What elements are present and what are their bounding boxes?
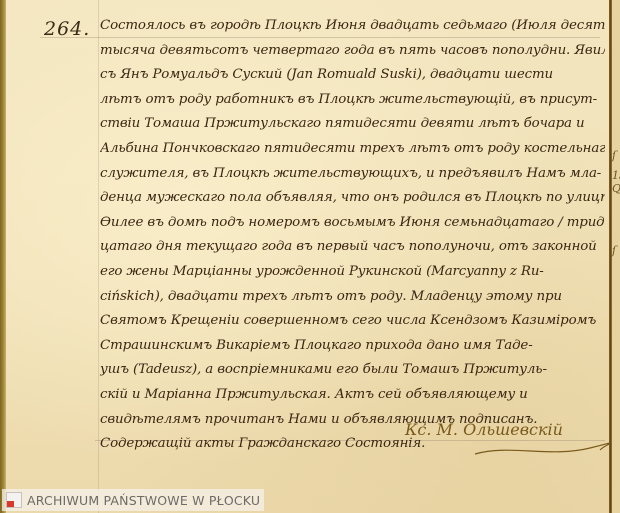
- record-line: Страшинскимъ Викаріемъ Плоцкаго прихода …: [100, 334, 605, 359]
- record-line: тысяча девятьсотъ четвертаго года въ пят…: [100, 39, 605, 64]
- record-line: Святомъ Крещеніи совершенномъ сего числа…: [100, 309, 605, 334]
- entry-number: 264.: [44, 18, 90, 40]
- record-line: ушъ (Tadeusz), а воспріемниками его были…: [100, 358, 605, 383]
- archive-logo-icon: [6, 492, 22, 508]
- record-text: Состоялось въ городѣ Плоцкѣ Июня двадцат…: [100, 14, 605, 457]
- margin-mark: ſ: [612, 150, 616, 161]
- record-line: cińskich), двадцати трехъ лѣтъ отъ роду.…: [100, 285, 605, 310]
- margin-mark: 13: [612, 170, 620, 181]
- record-line: его жены Марціанны урожденной Рукинской …: [100, 260, 605, 285]
- record-line: скій и Маріанна Пржитульская. Актъ сей о…: [100, 383, 605, 408]
- margin-ruled-line: [98, 0, 99, 513]
- document-scan: 264. Состоялось въ городѣ Плоцкѣ Июня дв…: [0, 0, 620, 513]
- record-line: цатаго дня текущаго года въ первый часъ …: [100, 235, 605, 260]
- signature: Кс. М. Ольшевскій: [405, 420, 563, 439]
- record-line: Альбина Пончковскаго пятидесяти трехъ лѣ…: [100, 137, 605, 162]
- record-line: съ Янъ Ромуальдъ Суский (Jan Romuald Sus…: [100, 63, 605, 88]
- archive-watermark: ARCHIWUM PAŃSTWOWE W PŁOCKU: [2, 489, 264, 511]
- record-line: служителя, въ Плоцкѣ жительствующихъ, и …: [100, 162, 605, 187]
- record-line: Состоялось въ городѣ Плоцкѣ Июня двадцат…: [100, 14, 605, 39]
- record-line: лѣтъ отъ роду работникъ въ Плоцкѣ житель…: [100, 88, 605, 113]
- signature-flourish-icon: [470, 440, 610, 458]
- record-line: Ѳилее въ домѣ подъ номеромъ восьмымъ Июн…: [100, 211, 605, 236]
- margin-mark: ſ: [612, 245, 616, 256]
- left-binding-edge: [0, 0, 6, 513]
- watermark-text: ARCHIWUM PAŃSTWOWE W PŁOCKU: [27, 493, 260, 508]
- record-line: денца мужескаго пола объявляя, что онъ р…: [100, 186, 605, 211]
- margin-mark: Q: [612, 183, 620, 194]
- record-line: ствіи Томаша Пржитульскаго пятидесяти де…: [100, 112, 605, 137]
